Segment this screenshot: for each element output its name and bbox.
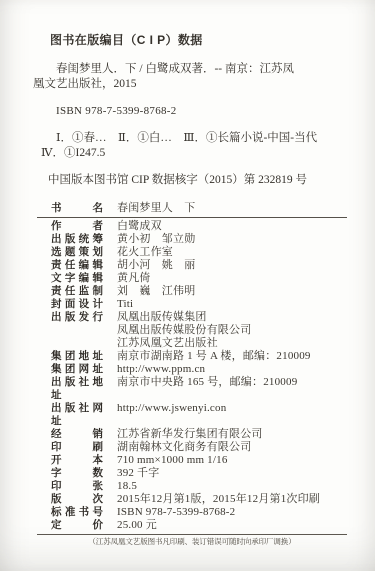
row-value: 刘 巍 江伟明: [117, 285, 195, 298]
table-row: 出版发行凤凰出版传媒集团 凤凰出版传媒股份有限公司 江苏凤凰文艺出版社: [51, 311, 357, 350]
row-value: 18.5: [117, 480, 137, 493]
row-label: 文字编辑: [51, 272, 103, 285]
row-label: 标准书号: [51, 506, 103, 519]
row-value: 凤凰出版传媒集团 凤凰出版传媒股份有限公司 江苏凤凰文艺出版社: [117, 311, 251, 350]
divider: [37, 217, 347, 218]
colophon-table: 书名春闺梦里人 下作者白鹭成双出版统筹黄小初 邹立勋选题策划花火工作室责任编辑胡…: [51, 202, 357, 547]
table-row: 出版社地址南京市中央路 165 号，邮编：210009: [51, 376, 357, 402]
row-label: 集团地址: [51, 350, 103, 363]
cip-description-line1: 春闺梦里人．下 / 白鹭成双著．-- 南京：江苏凤: [56, 62, 357, 77]
row-value: 湖南翰林文化商务有限公司: [117, 441, 251, 454]
row-label: 经销: [51, 428, 103, 441]
row-label: 责任监制: [51, 285, 103, 298]
row-label: 责任编辑: [51, 259, 103, 272]
row-value: 黄小初 邹立勋: [117, 233, 195, 246]
classification-lines: Ⅰ．①春… Ⅱ．①白… Ⅲ．①长篇小说-中国-当代 Ⅳ．①I247.5: [36, 131, 357, 160]
table-row: 经销江苏省新华发行集团有限公司: [51, 428, 357, 441]
row-value: http://www.jswenyi.con: [117, 402, 226, 428]
table-row: 责任编辑胡小河 姚 丽: [51, 259, 357, 272]
row-label: 印张: [51, 480, 103, 493]
table-row: 作者白鹭成双: [51, 220, 357, 233]
table-row: 封面设计Titi: [51, 298, 357, 311]
cip-description-line2: 凰文艺出版社，2015: [33, 77, 357, 92]
row-label: 作者: [51, 220, 103, 233]
cip-heading: 图书在版编目（C I P）数据: [50, 33, 357, 47]
row-label: 字数: [51, 467, 103, 480]
row-label: 集团网址: [51, 363, 103, 376]
row-label: 出版发行: [51, 311, 103, 350]
reprint-note: （江苏凤凰文艺版图书凡印刷、装订错误可随时向承印厂调换）: [37, 537, 347, 547]
row-value: 710 mm×1000 mm 1/16: [117, 454, 228, 467]
table-row: 字数392 千字: [51, 467, 357, 480]
classification-line2: Ⅳ．①I247.5: [41, 146, 357, 161]
row-label: 书名: [51, 202, 103, 215]
table-row: 开本710 mm×1000 mm 1/16: [51, 454, 357, 467]
row-value: 黄凡倚: [117, 272, 151, 285]
row-label: 版次: [51, 493, 103, 506]
table-row: 标准书号ISBN 978-7-5399-8768-2: [51, 506, 357, 519]
isbn-line: ISBN 978-7-5399-8768-2: [56, 104, 357, 118]
table-row: 定价25.00 元: [51, 519, 357, 532]
cip-description: 春闺梦里人．下 / 白鹭成双著．-- 南京：江苏凤 凰文艺出版社，2015: [36, 62, 357, 91]
row-value: 春闺梦里人 下: [117, 202, 195, 215]
row-label: 出版社地址: [51, 376, 103, 402]
classification-line1: Ⅰ．①春… Ⅱ．①白… Ⅲ．①长篇小说-中国-当代: [56, 131, 357, 146]
row-value: 2015年12月第1版，2015年12月第1次印刷: [117, 493, 320, 506]
cip-record-number: 中国版本图书馆 CIP 数据核字（2015）第 232819 号: [48, 173, 357, 187]
table-row: 出版社网址http://www.jswenyi.con: [51, 402, 357, 428]
row-label: 出版统筹: [51, 233, 103, 246]
row-value: 白鹭成双: [117, 220, 162, 233]
row-label: 定价: [51, 519, 103, 532]
table-row: 印刷湖南翰林文化商务有限公司: [51, 441, 357, 454]
table-row: 选题策划花火工作室: [51, 246, 357, 259]
divider: [37, 534, 347, 535]
row-value: 江苏省新华发行集团有限公司: [117, 428, 263, 441]
table-row: 文字编辑黄凡倚: [51, 272, 357, 285]
table-row: 责任监制刘 巍 江伟明: [51, 285, 357, 298]
row-value: 南京市湖南路 1 号 A 楼，邮编：210009: [117, 350, 311, 363]
table-row: 版次2015年12月第1版，2015年12月第1次印刷: [51, 493, 357, 506]
table-row: 出版统筹黄小初 邹立勋: [51, 233, 357, 246]
row-value: 花火工作室: [117, 246, 173, 259]
row-value: 胡小河 姚 丽: [117, 259, 195, 272]
row-value: ISBN 978-7-5399-8768-2: [117, 506, 235, 519]
page-content: 图书在版编目（C I P）数据 春闺梦里人．下 / 白鹭成双著．-- 南京：江苏…: [36, 33, 357, 547]
row-value: 392 千字: [117, 467, 159, 480]
table-row: 印张18.5: [51, 480, 357, 493]
row-label: 印刷: [51, 441, 103, 454]
table-row: 书名春闺梦里人 下: [51, 202, 357, 215]
row-value: http://www.ppm.cn: [117, 363, 205, 376]
table-row: 集团地址南京市湖南路 1 号 A 楼，邮编：210009: [51, 350, 357, 363]
row-label: 封面设计: [51, 298, 103, 311]
scanned-book-page: 图书在版编目（C I P）数据 春闺梦里人．下 / 白鹭成双著．-- 南京：江苏…: [0, 0, 375, 571]
row-label: 出版社网址: [51, 402, 103, 428]
table-row: 集团网址http://www.ppm.cn: [51, 363, 357, 376]
row-value: 25.00 元: [117, 519, 157, 532]
row-value: Titi: [117, 298, 133, 311]
row-value: 南京市中央路 165 号，邮编：210009: [117, 376, 297, 402]
row-label: 选题策划: [51, 246, 103, 259]
row-label: 开本: [51, 454, 103, 467]
